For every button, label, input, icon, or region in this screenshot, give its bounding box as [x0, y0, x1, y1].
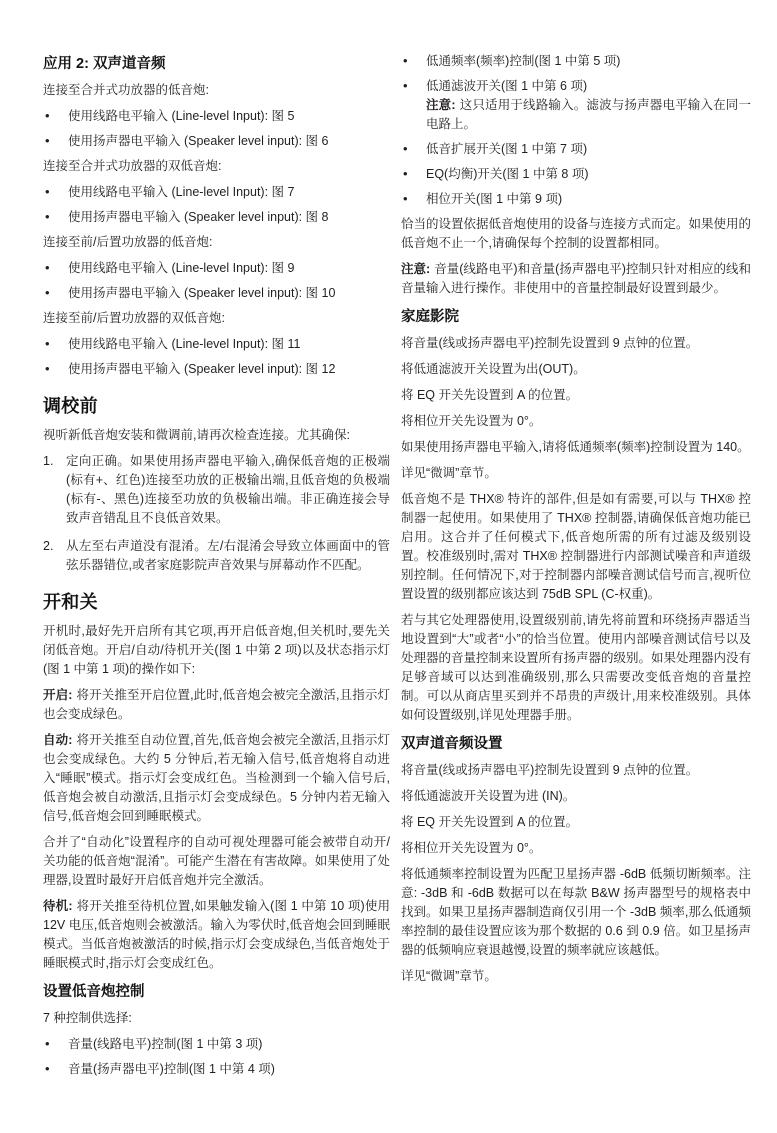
bullet-icon: • [403, 139, 408, 158]
paragraph: 将 EQ 开关先设置到 A 的位置。 [401, 386, 751, 405]
list-item: • 使用扬声器电平输入 (Speaker level input): 图 8 [43, 208, 390, 227]
paragraph: 自动:将开关推至自动位置,首先,低音炮会被完全激活,且指示灯也会变成绿色。大约 … [43, 731, 390, 826]
section-heading-on-off: 开和关 [43, 588, 390, 614]
list-item: • 低音扩展开关(图 1 中第 7 项) [401, 140, 751, 159]
list-item-text: 使用线路电平输入 (Line-level Input): 图 5 [68, 109, 294, 123]
section-heading-stereo-setup: 双声道音频设置 [401, 732, 751, 753]
paragraph: 详见“微调”章节。 [401, 464, 751, 483]
paragraph: 连接至前/后置功放器的双低音炮: [43, 309, 390, 328]
paragraph-text: 将开关推至待机位置,如果触发输入(图 1 中第 10 项)使用 12V 电压,低… [43, 899, 390, 970]
list-item-text: 使用扬声器电平输入 (Speaker level input): 图 6 [68, 134, 329, 148]
numbered-item: 2. 从左至右声道没有混淆。左/右混淆会导致立体画面中的管弦乐器错位,或者家庭影… [43, 537, 390, 575]
bullet-icon: • [403, 189, 408, 208]
section-heading-sub-controls: 设置低音炮控制 [43, 980, 390, 1001]
list-item: • 使用线路电平输入 (Line-level Input): 图 9 [43, 259, 390, 278]
paragraph: 若与其它处理器使用,设置级别前,请先将前置和环绕扬声器适当地设置到“大”或者“小… [401, 611, 751, 725]
list-item-text: 低音扩展开关(图 1 中第 7 项) [426, 142, 587, 156]
runin-label-standby: 待机: [43, 899, 72, 913]
list-item-text: 使用线路电平输入 (Line-level Input): 图 9 [68, 261, 294, 275]
numbered-item: 1. 定向正确。如果使用扬声器电平输入,确保低音炮的正极端(标有+、红色)连接至… [43, 452, 390, 528]
bullet-icon: • [45, 334, 50, 353]
paragraph: 开机时,最好先开启所有其它项,再开启低音炮,但关机时,要先关闭低音炮。开启/自动… [43, 622, 390, 679]
paragraph: 将 EQ 开关先设置到 A 的位置。 [401, 813, 751, 832]
section-heading-home-theater: 家庭影院 [401, 305, 751, 326]
section-heading-application-2: 应用 2: 双声道音频 [43, 52, 390, 73]
numbered-item-text: 从左至右声道没有混淆。左/右混淆会导致立体画面中的管弦乐器错位,或者家庭影院声音… [66, 539, 390, 572]
note-text: 这只适用于线路输入。滤波与扬声器电平输入在同一电路上。 [426, 98, 751, 131]
paragraph: 待机:将开关推至待机位置,如果触发输入(图 1 中第 10 项)使用 12V 电… [43, 897, 390, 973]
bullet-icon: • [45, 283, 50, 302]
list-item-line: 低通滤波开关(图 1 中第 6 项) [426, 79, 587, 93]
list-item: • 低通频率(频率)控制(图 1 中第 5 项) [401, 52, 751, 71]
runin-label-on: 开启: [43, 688, 72, 702]
bullet-icon: • [45, 1034, 50, 1053]
runin-label-auto: 自动: [43, 733, 72, 747]
paragraph: 注意:音量(线路电平)和音量(扬声器电平)控制只针对相应的线和音量输入进行操作。… [401, 260, 751, 298]
numbered-item-text: 定向正确。如果使用扬声器电平输入,确保低音炮的正极端(标有+、红色)连接至功放的… [66, 454, 390, 525]
paragraph-text: 音量(线路电平)和音量(扬声器电平)控制只针对相应的线和音量输入进行操作。非使用… [401, 262, 751, 295]
list-item: • 音量(扬声器电平)控制(图 1 中第 4 项) [43, 1060, 390, 1079]
list-item: • 音量(线路电平)控制(图 1 中第 3 项) [43, 1035, 390, 1054]
bullet-icon: • [45, 258, 50, 277]
list-item-text: 使用线路电平输入 (Line-level Input): 图 11 [68, 337, 300, 351]
paragraph: 将低通滤波开关设置为出(OUT)。 [401, 360, 751, 379]
paragraph: 连接至合并式功放器的低音炮: [43, 81, 390, 100]
paragraph: 开启:将开关推至开启位置,此时,低音炮会被完全激活,且指示灯也会变成绿色。 [43, 686, 390, 724]
bullet-icon: • [45, 182, 50, 201]
paragraph: 将低通频率控制设置为匹配卫星扬声器 -6dB 低频切断频率。注意: -3dB 和… [401, 865, 751, 960]
section-heading-before-calibration: 调校前 [43, 392, 390, 418]
list-item-text: 低通滤波开关(图 1 中第 6 项) 注意:这只适用于线路输入。滤波与扬声器电平… [426, 79, 751, 134]
list-item-text: EQ(均衡)开关(图 1 中第 8 项) [426, 167, 589, 181]
item-number: 1. [43, 452, 53, 471]
list-item: • 使用线路电平输入 (Line-level Input): 图 5 [43, 107, 390, 126]
paragraph: 如果使用扬声器电平输入,请将低通频率(频率)控制设置为 140。 [401, 438, 751, 457]
left-column: 应用 2: 双声道音频 连接至合并式功放器的低音炮: • 使用线路电平输入 (L… [43, 52, 390, 1085]
paragraph: 将相位开关先设置为 0°。 [401, 839, 751, 858]
paragraph: 将低通滤波开关设置为进 (IN)。 [401, 787, 751, 806]
paragraph: 合并了“自动化”设置程序的自动可视处理器可能会被带自动开/关功能的低音炮“混淆”… [43, 833, 390, 890]
paragraph: 详见“微调”章节。 [401, 967, 751, 986]
bullet-icon: • [403, 51, 408, 70]
runin-label-note: 注意: [401, 262, 430, 276]
bullet-icon: • [45, 1059, 50, 1078]
right-column: • 低通频率(频率)控制(图 1 中第 5 项) • 低通滤波开关(图 1 中第… [401, 52, 751, 1085]
list-item-text: 使用线路电平输入 (Line-level Input): 图 7 [68, 185, 294, 199]
bullet-icon: • [45, 207, 50, 226]
paragraph: 低音炮不是 THX® 特许的部件,但是如有需要,可以与 THX® 控制器一起使用… [401, 490, 751, 604]
list-item-text: 音量(扬声器电平)控制(图 1 中第 4 项) [68, 1062, 275, 1076]
list-item: • 相位开关(图 1 中第 9 项) [401, 190, 751, 209]
runin-label-note: 注意: [426, 98, 456, 112]
list-item-text: 使用扬声器电平输入 (Speaker level input): 图 12 [68, 362, 335, 376]
list-item: • EQ(均衡)开关(图 1 中第 8 项) [401, 165, 751, 184]
paragraph: 视听新低音炮安装和微调前,请再次检查连接。尤其确保: [43, 426, 390, 445]
paragraph-text: 将开关推至开启位置,此时,低音炮会被完全激活,且指示灯也会变成绿色。 [43, 688, 390, 721]
item-number: 2. [43, 537, 53, 556]
list-item-text: 使用扬声器电平输入 (Speaker level input): 图 10 [68, 286, 335, 300]
list-item-text: 低通频率(频率)控制(图 1 中第 5 项) [426, 54, 620, 68]
paragraph: 恰当的设置依据低音炮使用的设备与连接方式而定。如果使用的低音炮不止一个,请确保每… [401, 215, 751, 253]
list-item-text: 相位开关(图 1 中第 9 项) [426, 192, 562, 206]
list-item: • 使用扬声器电平输入 (Speaker level input): 图 12 [43, 360, 390, 379]
paragraph: 连接至合并式功放器的双低音炮: [43, 157, 390, 176]
bullet-icon: • [45, 106, 50, 125]
paragraph: 连接至前/后置功放器的低音炮: [43, 233, 390, 252]
list-item-text: 使用扬声器电平输入 (Speaker level input): 图 8 [68, 210, 329, 224]
bullet-icon: • [403, 164, 408, 183]
list-item-text: 音量(线路电平)控制(图 1 中第 3 项) [68, 1037, 262, 1051]
paragraph: 将相位开关先设置为 0°。 [401, 412, 751, 431]
list-item: • 使用线路电平输入 (Line-level Input): 图 11 [43, 335, 390, 354]
bullet-icon: • [45, 359, 50, 378]
list-item: • 低通滤波开关(图 1 中第 6 项) 注意:这只适用于线路输入。滤波与扬声器… [401, 77, 751, 134]
list-item: • 使用扬声器电平输入 (Speaker level input): 图 6 [43, 132, 390, 151]
paragraph: 将音量(线或扬声器电平)控制先设置到 9 点钟的位置。 [401, 761, 751, 780]
list-item-note: 注意:这只适用于线路输入。滤波与扬声器电平输入在同一电路上。 [426, 96, 751, 134]
list-item: • 使用线路电平输入 (Line-level Input): 图 7 [43, 183, 390, 202]
manual-page: { "icons": { "bullet": "•" }, "doc": { "… [0, 0, 777, 1133]
paragraph-text: 将开关推至自动位置,首先,低音炮会被完全激活,且指示灯也会变成绿色。大约 5 分… [43, 733, 390, 823]
page-body: 应用 2: 双声道音频 连接至合并式功放器的低音炮: • 使用线路电平输入 (L… [0, 0, 777, 1085]
bullet-icon: • [45, 131, 50, 150]
paragraph: 将音量(线或扬声器电平)控制先设置到 9 点钟的位置。 [401, 334, 751, 353]
paragraph: 7 种控制供选择: [43, 1009, 390, 1028]
bullet-icon: • [403, 76, 408, 95]
list-item: • 使用扬声器电平输入 (Speaker level input): 图 10 [43, 284, 390, 303]
